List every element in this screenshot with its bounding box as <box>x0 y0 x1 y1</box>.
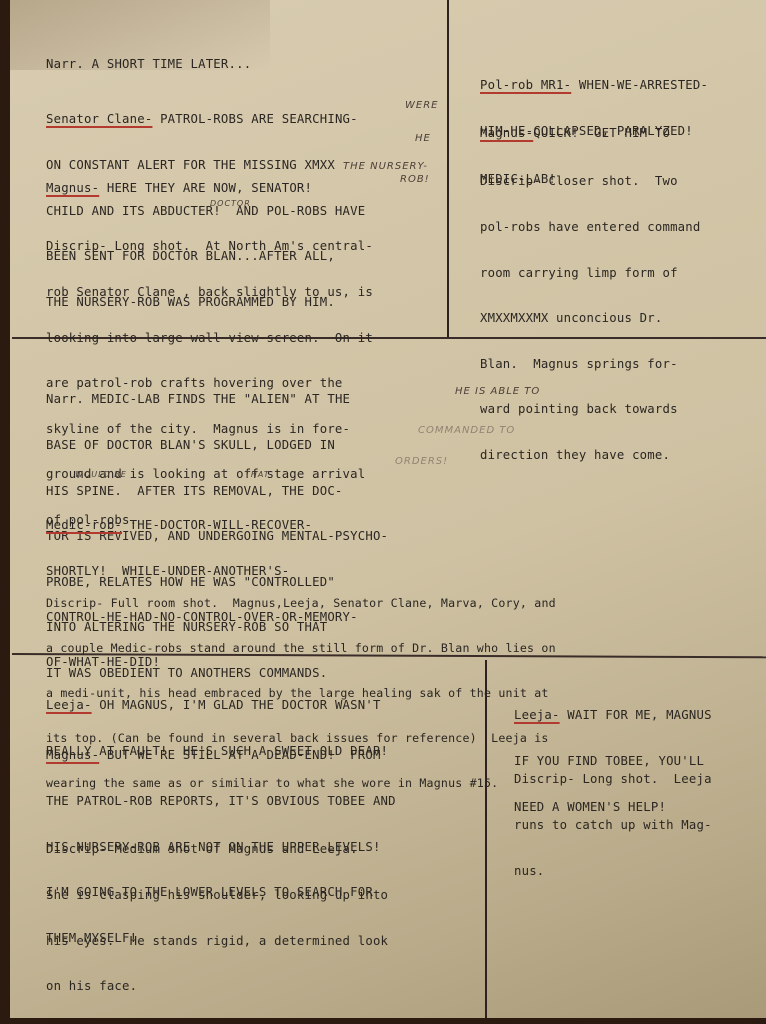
description-line: rob Senator Clane , back slightly to us,… <box>46 285 373 300</box>
handwritten-note: ORDERS! <box>395 456 448 467</box>
dialogue-line: HERE THEY ARE NOW, SENATOR! <box>107 181 312 195</box>
description-line: Long shot. Leeja <box>582 772 711 786</box>
panel-divider-vertical-top <box>447 0 449 338</box>
handwritten-note: ROB! <box>400 174 430 185</box>
handwritten-note: DOCTOR <box>210 199 251 208</box>
description-line: on his face. <box>46 979 388 994</box>
speaker-label: Narr. <box>46 392 84 406</box>
dialogue-line: THE PATROL-ROB REPORTS, IT'S OBVIOUS TOB… <box>46 794 396 809</box>
description-line: Long shot. At North Am's central- <box>114 239 373 253</box>
handwritten-note: COMMANDED TO <box>418 425 515 436</box>
description: Discrip- Long shot. Leeja runs to catch … <box>514 742 712 909</box>
description-line: room carrying limp form of <box>480 266 701 281</box>
description: Discrip- Medium shot of Magnus and Leeja… <box>46 812 388 1024</box>
dialogue-line: BUT WE'RE STILL AT A DEAD-END! FROM <box>107 748 381 762</box>
dialogue-line: QUICK! GET HIM TO <box>533 126 670 140</box>
speaker-label: Pol-rob MR1- <box>480 78 571 92</box>
speaker-label: Medic-rob- <box>46 518 122 532</box>
handwritten-note: WOULD BE <box>75 470 127 479</box>
description: Discrip- Closer shot. Two pol-robs have … <box>480 144 701 494</box>
handwritten-note: HE <box>415 133 431 144</box>
description-line: runs to catch up with Mag- <box>514 818 712 833</box>
description-line: Blan. Magnus springs for- <box>480 357 701 372</box>
dialogue-line: PATROL-ROBS ARE SEARCHING- <box>160 112 358 126</box>
description-line: Closer shot. Two <box>548 174 677 188</box>
speaker-label: Senator Clane- <box>46 112 152 126</box>
dialogue-magnus: Magnus- HERE THEY ARE NOW, SENATOR! <box>46 181 312 196</box>
handwritten-note: THE NURSERY- <box>343 161 428 172</box>
speaker-label: Magnus- <box>46 181 99 195</box>
script-page: Narr. A SHORT TIME LATER... Senator Clan… <box>10 0 766 1018</box>
handwritten-note: THAT <box>245 470 270 479</box>
speaker-label: Discrip- <box>480 174 541 188</box>
speaker-label: Discrip- <box>514 772 575 786</box>
speaker-label: Leeja- <box>514 708 560 722</box>
speaker-label: Magnus- <box>46 748 99 762</box>
description-line: nus. <box>514 864 712 879</box>
description-line: Medium shot of Magnus and Leeja. <box>114 842 357 856</box>
speaker-label: Narr. <box>46 57 84 71</box>
description-line: ward pointing back towards <box>480 402 701 417</box>
speaker-label: Leeja- <box>46 698 92 712</box>
description-line: looking into large wall view-screen. On … <box>46 331 373 346</box>
speaker-label: Magnus- <box>480 126 533 140</box>
handwritten-note: WERE <box>405 100 438 111</box>
dialogue-line: WHEN-WE-ARRESTED- <box>579 78 708 92</box>
dialogue-line: OH MAGNUS, I'M GLAD THE DOCTOR WASN'T <box>99 698 380 712</box>
narration-line: BASE OF DOCTOR BLAN'S SKULL, LODGED IN <box>46 438 388 453</box>
description-line: direction they have come. <box>480 448 701 463</box>
description-line: his eyes. He stands rigid, a determined … <box>46 934 388 949</box>
description-line: Full room shot. Magnus,Leeja, Senator Cl… <box>111 596 556 610</box>
handwritten-note: HE IS ABLE TO <box>455 386 540 397</box>
narration-text: A SHORT TIME LATER... <box>92 57 252 71</box>
description-line: pol-robs have entered command <box>480 220 701 235</box>
dialogue-line: THE-DOCTOR-WILL-RECOVER- <box>130 518 312 532</box>
narration-line: MEDIC-LAB FINDS THE "ALIEN" AT THE <box>92 392 351 406</box>
narration: Narr. A SHORT TIME LATER... <box>46 57 251 72</box>
dialogue-line: ON CONSTANT ALERT FOR THE MISSING XMXX <box>46 158 365 173</box>
dialogue-line: WAIT FOR ME, MAGNUS <box>567 708 711 722</box>
speaker-label: Discrip- <box>46 239 107 253</box>
description-line: She is clasping his shoulder, looking up… <box>46 888 388 903</box>
description-line: XMXXMXXMX unconcious Dr. <box>480 311 701 326</box>
description-line: a couple Medic-robs stand around the sti… <box>46 641 556 656</box>
speaker-label: Discrip- <box>46 596 103 610</box>
speaker-label: Discrip- <box>46 842 107 856</box>
